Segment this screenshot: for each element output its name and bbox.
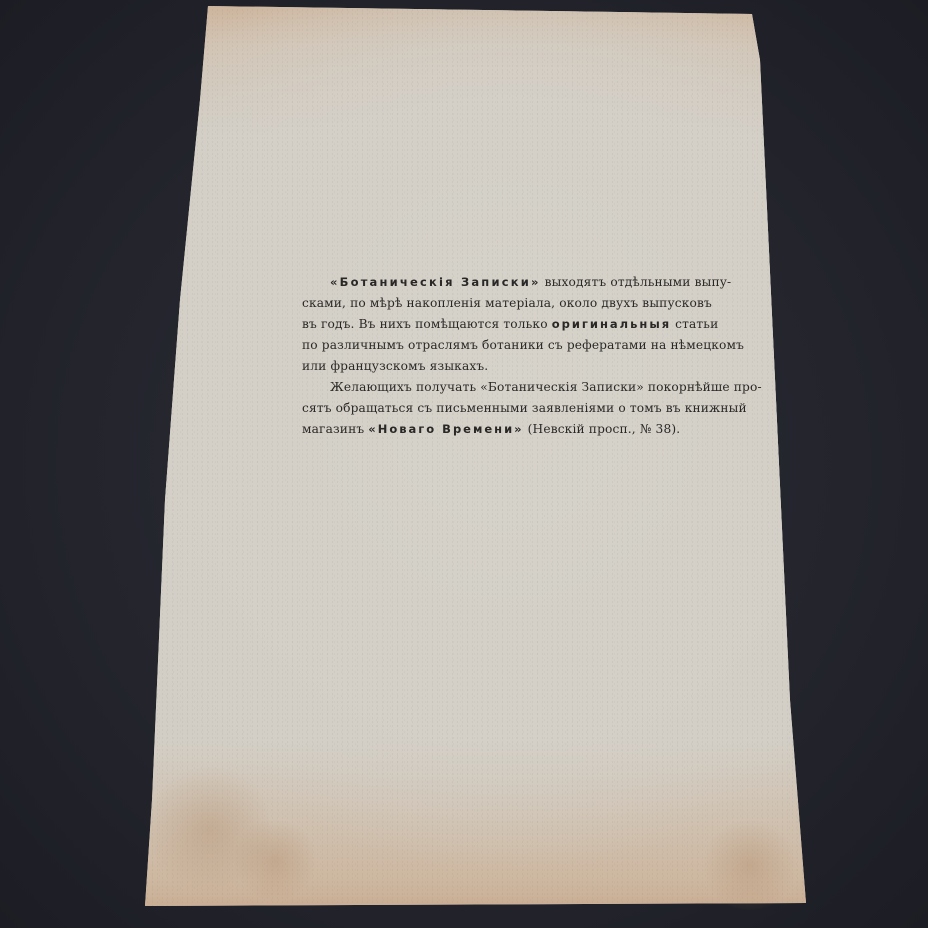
p1-line2: сками, по мѣрѣ накопленія матеріала, око…: [302, 293, 692, 314]
p1-line4: по различнымъ отраслямъ ботаники съ рефе…: [302, 335, 692, 356]
journal-title: «Ботаническія Записки»: [330, 275, 541, 289]
p2-line3: магазинъ «Новаго Времени» (Невскій просп…: [302, 419, 692, 440]
original-emphasis: оригинальныя: [552, 317, 671, 331]
stain: [700, 820, 800, 910]
bookshop-name: «Новаго Времени»: [368, 422, 523, 436]
p1-line5: или французскомъ языкахъ.: [302, 356, 692, 377]
p2-line1: Желающихъ получать «Ботаническія Записки…: [302, 377, 692, 398]
p1-line3: въ годъ. Въ нихъ помѣщаются только ориги…: [302, 314, 692, 335]
stain: [230, 820, 320, 900]
p2-line2: сятъ обращаться съ письменными заявленія…: [302, 398, 692, 419]
p1-line1: «Ботаническія Записки» выходятъ отдѣльны…: [302, 272, 692, 293]
cover-text: «Ботаническія Записки» выходятъ отдѣльны…: [302, 272, 692, 440]
paper-texture: [0, 0, 928, 928]
